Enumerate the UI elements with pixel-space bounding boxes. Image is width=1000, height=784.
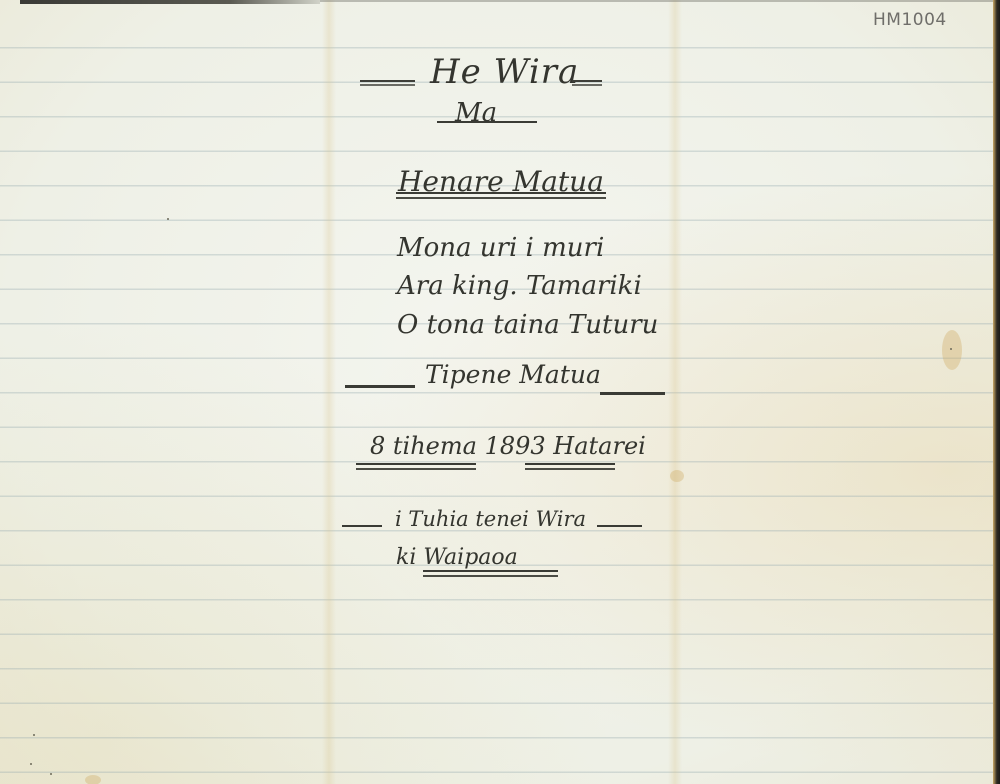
document-title: He Wira (430, 52, 579, 92)
date-underline-left (356, 463, 476, 465)
fold-crease-left (322, 0, 336, 784)
title-flourish-right (572, 80, 602, 82)
foxing-stain (670, 470, 684, 482)
ruled-lines (0, 0, 1000, 784)
speck (50, 773, 52, 775)
witness-rule-right (597, 525, 642, 527)
date-line: 8 tihema 1893 Hatarei (370, 432, 646, 460)
bequest-line-1: Mona uri i muri (397, 233, 604, 263)
testator-underline (396, 192, 606, 194)
title-flourish-left (360, 80, 415, 82)
scanned-document-page: HM1004 He Wira Ma Henare Matua Mona uri … (0, 0, 1000, 784)
page-right-edge-shadow (993, 0, 1000, 784)
speck (30, 763, 32, 765)
speck (33, 734, 35, 736)
fold-crease-right (668, 0, 682, 784)
connector-word: Ma (455, 98, 497, 128)
witness-line: i Tuhia tenei Wira (395, 507, 586, 531)
date-underline-right (525, 463, 615, 465)
signatory-name: Tipene Matua (425, 360, 601, 389)
place-underline (423, 570, 558, 572)
place-line: ki Waipaoa (396, 545, 518, 570)
speck (950, 348, 952, 350)
signatory-rule-left (345, 385, 415, 388)
bequest-line-2: Ara king. Tamariki (397, 271, 642, 301)
bequest-line-3: O tona taina Tuturu (397, 310, 658, 340)
archive-reference-number: HM1004 (873, 10, 947, 30)
page-top-edge-shadow (20, 0, 320, 4)
foxing-stain (85, 775, 101, 784)
signatory-rule-right (600, 392, 665, 395)
speck (167, 218, 169, 220)
foxing-stain (942, 330, 962, 370)
witness-rule-left (342, 525, 382, 527)
page-top-edge (320, 0, 1000, 2)
